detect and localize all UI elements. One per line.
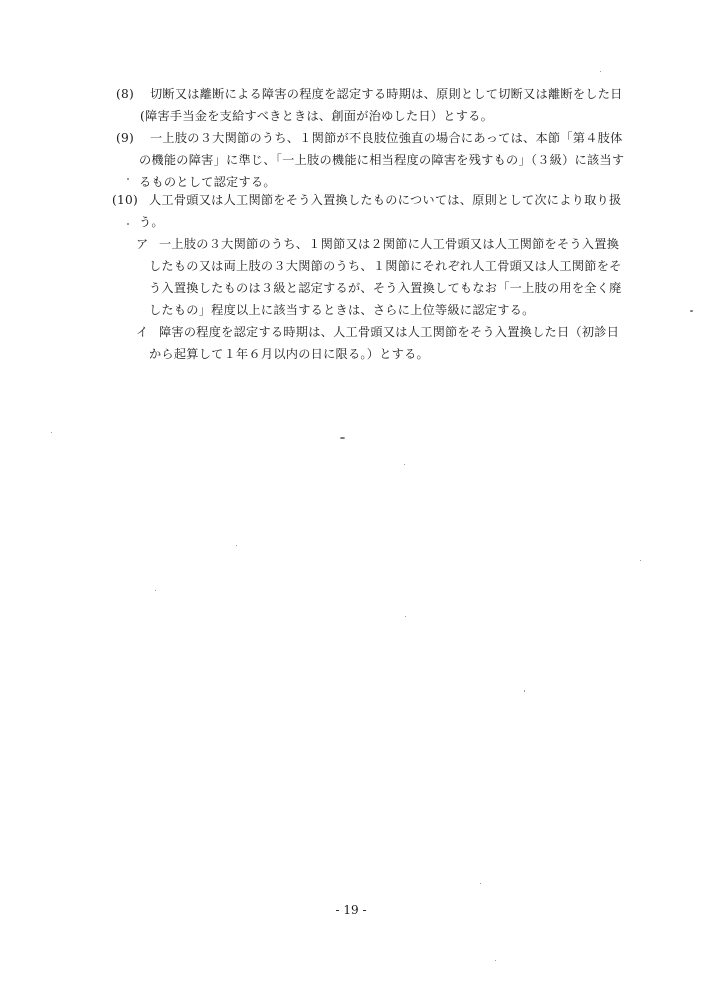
paragraph-line: 切断又は離断による障害の程度を認定する時期は、原則として切断又は離断をした日 — [150, 83, 623, 106]
item-number: (8) — [116, 83, 134, 106]
subitem-line: 障害の程度を認定する時期は、人工骨頭又は人工関節をそう入置換した日（初診日 — [159, 321, 619, 344]
scan-noise — [127, 223, 129, 225]
paragraph-line: の機能の障害」に準じ、「一上肢の機能に相当程度の障害を残すもの」（３級）に該当す — [139, 149, 624, 172]
scan-noise — [600, 71, 601, 72]
scan-noise — [155, 590, 156, 591]
paragraph-line: う。 — [139, 211, 164, 234]
subitem-line: う入置換したものは３級と認定するが、そう入置換してもなお「一上肢の用を全く廃 — [149, 277, 622, 300]
paragraph-line: 一上肢の３大関節のうち、１関節が不良肢位強直の場合にあっては、本節「第４肢体 — [150, 127, 623, 150]
item-number: (9) — [116, 127, 134, 150]
scan-noise — [495, 960, 496, 961]
scan-noise — [340, 437, 345, 439]
subitem-line: 一上肢の３大関節のうち、１関節又は２関節に人工骨頭又は人工関節をそう入置換 — [159, 233, 619, 256]
scan-noise — [640, 560, 641, 561]
scan-noise — [51, 432, 52, 433]
scan-noise — [405, 616, 406, 617]
scan-noise — [480, 883, 481, 884]
paragraph-line: 人工骨頭又は人工関節をそう入置換したものについては、原則として次により取り扱 — [149, 189, 621, 212]
subitem-marker: ア — [136, 233, 148, 256]
scan-noise — [236, 545, 237, 546]
paragraph-line: (障害手当金を支給すべきときは、創面が治ゆした日）とする。 — [140, 105, 493, 128]
item-number: (10) — [112, 189, 138, 212]
subitem-line: したもの」程度以上に該当するときは、さらに上位等級に認定する。 — [149, 299, 535, 322]
page-number: - 19 - — [0, 903, 702, 917]
subitem-marker: イ — [136, 321, 148, 344]
document-page: (8) 切断又は離断による障害の程度を認定する時期は、原則として切断又は離断をし… — [0, 0, 702, 993]
scan-noise — [690, 310, 693, 312]
scan-noise — [127, 178, 129, 180]
subitem-line: したもの又は両上肢の３大関節のうち、１関節にそれぞれ人工骨頭又は人工関節をそ — [149, 255, 622, 278]
scan-noise — [524, 690, 525, 692]
scan-noise — [404, 464, 405, 465]
subitem-line: から起算して１年６月以内の日に限る。）とする。 — [149, 343, 429, 366]
